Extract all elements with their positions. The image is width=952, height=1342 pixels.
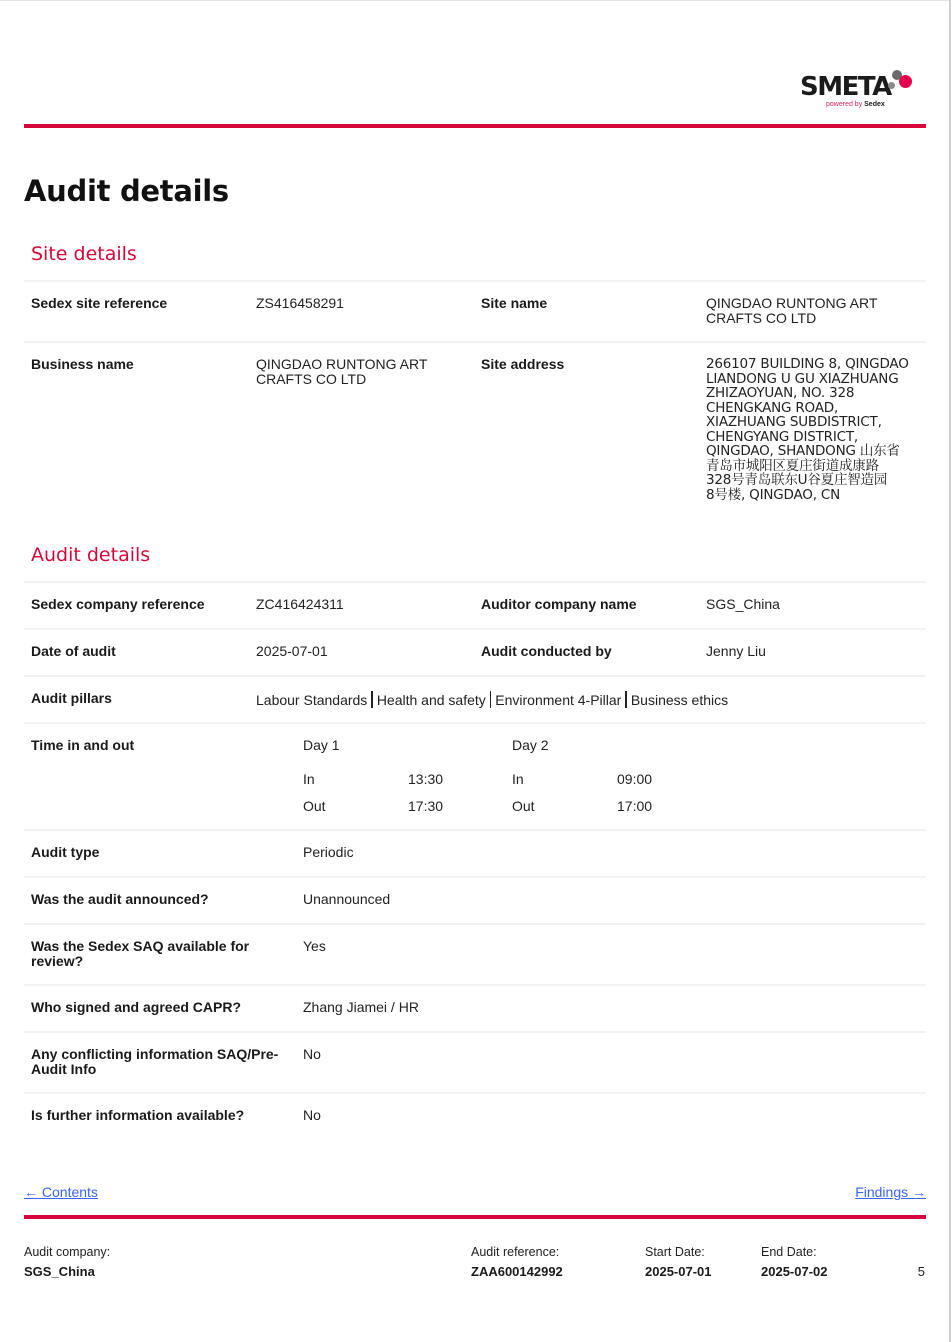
table-row: Was the audit announced? Unannounced — [24, 876, 926, 923]
table-row: Any conflicting information SAQ/Pre- Aud… — [24, 1031, 926, 1092]
field-value: Yes — [303, 939, 326, 954]
field-value: QINGDAO RUNTONG ART CRAFTS CO LTD — [706, 296, 877, 326]
logo-sub-brand: Sedex — [864, 101, 885, 108]
site-details-table: Sedex site reference ZS416458291 Site na… — [24, 280, 926, 523]
field-label: Was the audit announced? — [31, 892, 209, 907]
site-address-value: 266107 BUILDING 8, QINGDAO LIANDONG U GU… — [706, 357, 909, 502]
footer-start-date: 2025-07-01 — [645, 1264, 712, 1279]
page-title: Audit details — [24, 174, 229, 208]
page-right-edge — [949, 0, 951, 1342]
table-row: Is further information available? No — [24, 1092, 926, 1139]
pillar-item: Labour Standards — [256, 692, 367, 708]
field-value: No — [303, 1047, 321, 1062]
footer-divider — [24, 1215, 926, 1219]
day-heading: Day 2 — [512, 738, 549, 753]
pillar-separator — [625, 691, 627, 708]
field-label: Audit type — [31, 845, 99, 860]
logo-subtitle: powered by Sedex — [826, 101, 885, 108]
field-label: Site address — [481, 357, 564, 372]
time-out-value: 17:00 — [617, 799, 652, 814]
footer-audit-reference: ZAA600142992 — [471, 1264, 563, 1279]
field-value: ZC416424311 — [256, 597, 344, 612]
header-divider — [24, 124, 926, 128]
field-label: Sedex site reference — [31, 296, 167, 311]
table-row: Sedex site reference ZS416458291 Site na… — [24, 280, 926, 341]
time-in-label: In — [303, 772, 315, 787]
table-row: Date of audit 2025-07-01 Audit conducted… — [24, 628, 926, 675]
field-value: Periodic — [303, 845, 354, 860]
field-label: Is further information available? — [31, 1108, 244, 1123]
field-label: Time in and out — [31, 738, 134, 753]
field-label: Audit pillars — [31, 691, 112, 706]
footer-audit-company-label: Audit company: — [24, 1245, 110, 1259]
field-value: SGS_China — [706, 597, 780, 612]
table-row: Was the Sedex SAQ available for review? … — [24, 923, 926, 984]
pillar-item: Health and safety — [377, 692, 486, 708]
field-label: Auditor company name — [481, 597, 637, 612]
field-value: Unannounced — [303, 892, 390, 907]
logo-dot-icon — [888, 82, 895, 89]
page-header: SMETA powered by Sedex — [24, 0, 926, 128]
pillar-item: Environment 4-Pillar — [495, 692, 621, 708]
field-value: QINGDAO RUNTONG ART CRAFTS CO LTD — [256, 357, 427, 387]
field-label: Audit conducted by — [481, 644, 612, 659]
field-value: 2025-07-01 — [256, 644, 328, 659]
field-label: Any conflicting information SAQ/Pre- Aud… — [31, 1047, 278, 1077]
logo-sub-prefix: powered by — [826, 101, 864, 108]
table-row-time-in-out: Time in and out Day 1 In 13:30 Out 17:30… — [24, 722, 926, 829]
table-row: Business name QINGDAO RUNTONG ART CRAFTS… — [24, 341, 926, 523]
table-row: Audit type Periodic — [24, 829, 926, 876]
time-out-label: Out — [303, 799, 326, 814]
time-in-value: 09:00 — [617, 772, 652, 787]
footer-audit-company: SGS_China — [24, 1264, 95, 1279]
field-label: Date of audit — [31, 644, 116, 659]
pillar-item: Business ethics — [631, 692, 728, 708]
table-row: Who signed and agreed CAPR? Zhang Jiamei… — [24, 984, 926, 1031]
field-label: Sedex company reference — [31, 597, 205, 612]
page-number: 5 — [918, 1264, 925, 1279]
field-label: Was the Sedex SAQ available for review? — [31, 939, 249, 969]
field-label: Business name — [31, 357, 134, 372]
footer-start-date-label: Start Date: — [645, 1245, 705, 1259]
field-label: Site name — [481, 296, 547, 311]
pillar-separator — [490, 691, 492, 708]
field-value: Zhang Jiamei / HR — [303, 1000, 419, 1015]
day-heading: Day 1 — [303, 738, 340, 753]
audit-details-table: Sedex company reference ZC416424311 Audi… — [24, 581, 926, 1139]
contents-link[interactable]: ← Contents — [24, 1184, 98, 1200]
table-row: Sedex company reference ZC416424311 Audi… — [24, 581, 926, 628]
field-label: Who signed and agreed CAPR? — [31, 1000, 241, 1015]
field-value: Jenny Liu — [706, 644, 766, 659]
footer-end-date-label: End Date: — [761, 1245, 817, 1259]
findings-link[interactable]: Findings → — [855, 1184, 926, 1200]
field-value: ZS416458291 — [256, 296, 344, 311]
footer-end-date: 2025-07-02 — [761, 1264, 828, 1279]
field-value: No — [303, 1108, 321, 1123]
time-out-label: Out — [512, 799, 535, 814]
time-in-label: In — [512, 772, 524, 787]
logo-dot-icon — [899, 75, 912, 88]
logo-wordmark: SMETA — [800, 72, 891, 102]
section-title-site-details: Site details — [31, 243, 137, 265]
time-out-value: 17:30 — [408, 799, 443, 814]
time-in-value: 13:30 — [408, 772, 443, 787]
section-title-audit-details: Audit details — [31, 544, 150, 566]
pillar-separator — [371, 691, 373, 708]
smeta-logo: SMETA powered by Sedex — [800, 70, 920, 114]
footer-audit-reference-label: Audit reference: — [471, 1245, 559, 1259]
table-row: Audit pillars Labour StandardsHealth and… — [24, 675, 926, 722]
audit-pillars-list: Labour StandardsHealth and safetyEnviron… — [256, 691, 728, 708]
